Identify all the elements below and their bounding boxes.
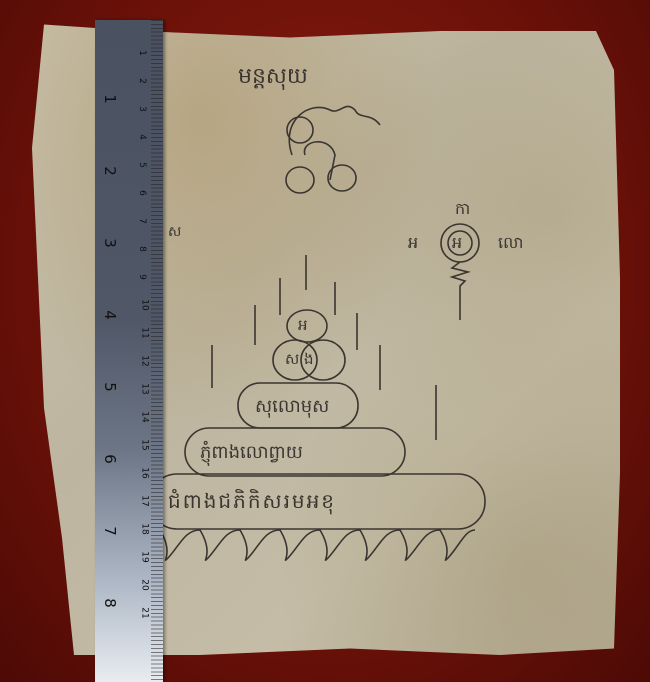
inch-label: 4 (101, 310, 119, 320)
ruler-ticks (151, 20, 163, 682)
inch-label: 7 (101, 526, 119, 536)
cm-label: 6 (137, 190, 147, 196)
cm-label: 17 (140, 495, 150, 506)
cm-label: 21 (140, 607, 150, 618)
row3-inscription: ជំពាងជភិកិសរមអខុ (168, 488, 336, 518)
right-right-glyph: លោ (498, 232, 523, 256)
cm-label: 11 (140, 327, 150, 338)
cm-label: 16 (140, 467, 150, 478)
inch-label: 8 (101, 598, 119, 608)
row1-inscription: សុលោមុស (255, 394, 329, 421)
title-inscription: មន្តសុយ (238, 62, 308, 94)
inch-label: 5 (101, 382, 119, 392)
cm-label: 9 (137, 274, 147, 280)
cm-label: 2 (137, 78, 147, 84)
cm-label: 12 (140, 355, 150, 366)
cm-label: 5 (137, 162, 147, 168)
cm-label: 3 (137, 106, 147, 112)
left-small-glyph: ស (168, 222, 181, 243)
cm-label: 1 (137, 50, 147, 56)
steel-ruler: 1 2 3 4 5 6 7 8 1 2 3 4 5 6 7 8 9 10 11 … (95, 20, 163, 682)
inch-label: 6 (101, 454, 119, 464)
right-top-glyph: កា (455, 198, 470, 222)
cm-label: 20 (140, 579, 150, 590)
pyramid-mid-glyphs: ស ង (285, 350, 314, 372)
cm-label: 19 (140, 551, 150, 562)
inch-label: 3 (101, 238, 119, 248)
cm-label: 4 (137, 134, 147, 140)
knot-swirl (289, 106, 380, 155)
cm-label: 8 (137, 246, 147, 252)
cm-label: 13 (140, 383, 150, 394)
pyramid-top-glyph: អ (298, 316, 308, 338)
right-center-glyph: អ (452, 232, 462, 256)
cm-label: 18 (140, 523, 150, 534)
row2-inscription: ភ្ញុំពាងលោព្វាយ (200, 440, 303, 467)
inch-label: 1 (101, 94, 119, 104)
cm-label: 15 (140, 439, 150, 450)
cm-label: 10 (140, 299, 150, 310)
right-left-glyph: អ (408, 232, 418, 256)
cm-label: 7 (137, 218, 147, 224)
inch-label: 2 (101, 166, 119, 176)
cm-label: 14 (140, 411, 150, 422)
